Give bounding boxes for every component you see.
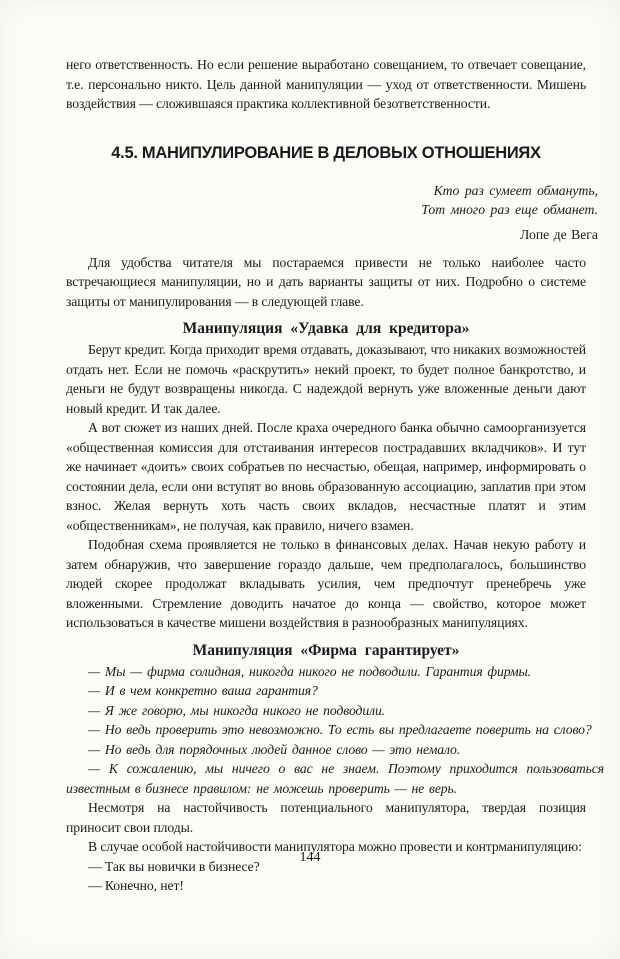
intro-paragraph: Для удобства читателя мы постараемся при… [66, 253, 586, 312]
dialogue-line: — Я же говорю, мы никогда никого не подв… [66, 701, 604, 721]
epigraph-line: Тот много раз еще обманет. [66, 200, 598, 219]
epigraph-attribution: Лопе де Вега [66, 225, 598, 244]
subsection-heading-creditor: Манипуляция «Удавка для кредитора» [66, 319, 586, 339]
dialogue-line: — Мы — фирма солидная, никогда никого не… [66, 662, 604, 682]
book-page: него ответственность. Но если решение вы… [0, 0, 620, 959]
paragraph: Подобная схема проявляется не только в ф… [66, 535, 586, 633]
carryover-paragraph: него ответственность. Но если решение вы… [66, 55, 586, 114]
commentary-paragraph: Несмотря на настойчивость потенциального… [66, 798, 586, 837]
paragraph: Берут кредит. Когда приходит время отдав… [66, 340, 586, 418]
subsection-heading-firm: Манипуляция «Фирма гарантирует» [66, 641, 586, 661]
section-heading: 4.5. МАНИПУЛИРОВАНИЕ В ДЕЛОВЫХ ОТНОШЕНИЯ… [66, 143, 586, 163]
epigraph-line: Кто раз сумеет обмануть, [66, 181, 598, 200]
dialogue-line: — Но ведь проверить это невозможно. То е… [66, 720, 604, 740]
counter-dialogue-line: — Конечно, нет! [66, 876, 586, 896]
dialogue-line: — Но ведь для порядочных людей данное сл… [66, 740, 604, 760]
paragraph: А вот сюжет из наших дней. После краха о… [66, 418, 586, 535]
epigraph: Кто раз сумеет обмануть, Тот много раз е… [66, 181, 598, 244]
page-number: 144 [0, 848, 620, 868]
dialogue-line: — К сожалению, мы ничего о вас не знаем.… [66, 759, 604, 798]
dialogue-line: — И в чем конкретно ваша гарантия? [66, 681, 604, 701]
